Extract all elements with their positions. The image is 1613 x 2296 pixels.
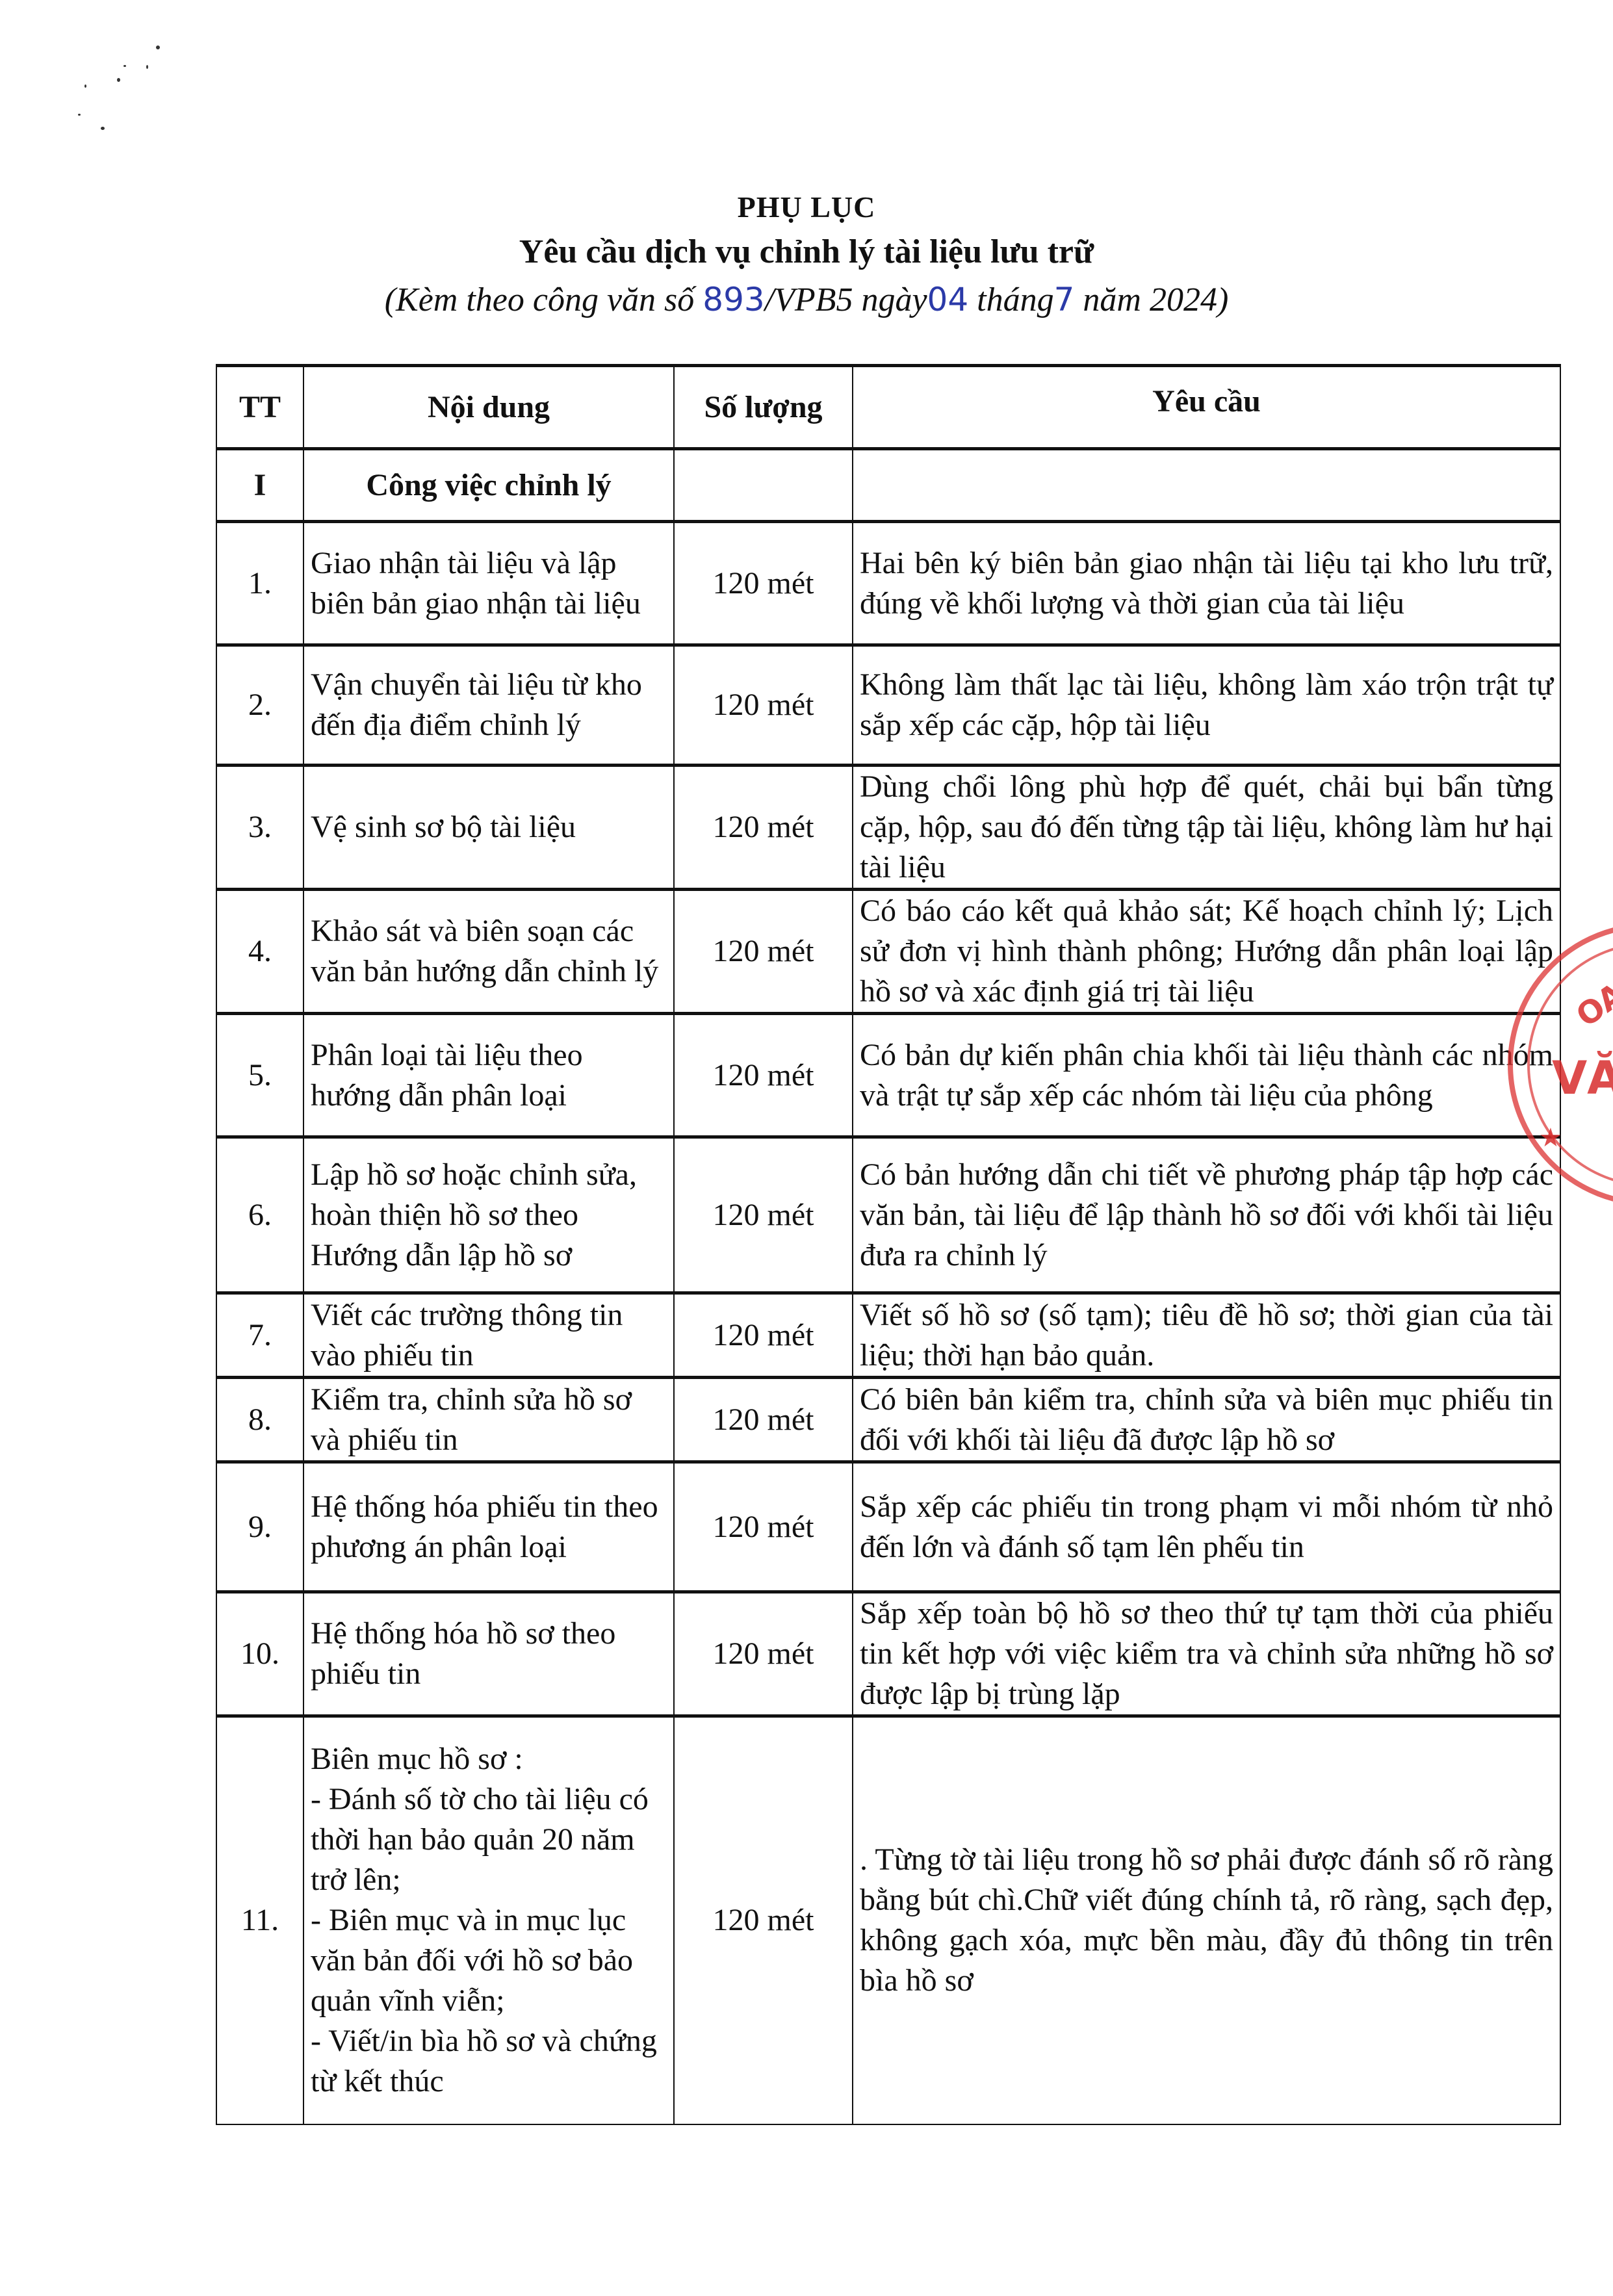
table-row: 11.Biên mục hồ sơ : - Đánh số tờ cho tài… (216, 1716, 1560, 2124)
row-requirement: Dùng chổi lông phù hợp để quét, chải bụi… (853, 766, 1560, 890)
table-row: 4.Khảo sát và biên soạn các văn bản hướn… (216, 890, 1560, 1014)
row-requirement: . Từng tờ tài liệu trong hồ sơ phải được… (853, 1716, 1560, 2124)
row-quantity: 120 mét (674, 1592, 853, 1716)
row-content: Viết các trường thông tin vào phiếu tin (303, 1293, 674, 1378)
scan-specks (84, 39, 214, 143)
header-requirement: Yêu cầu (853, 366, 1560, 449)
table-row: 3.Vệ sinh sơ bộ tài liệu120 métDùng chổi… (216, 766, 1560, 890)
row-content: Kiểm tra, chỉnh sửa hồ sơ và phiếu tin (303, 1378, 674, 1462)
row-requirement: Viết số hồ sơ (số tạm); tiêu đề hồ sơ; t… (853, 1293, 1560, 1378)
subtitle-mid1: /VPB5 ngày (765, 281, 927, 318)
row-quantity: 120 mét (674, 1293, 853, 1378)
table-header-row: TT Nội dung Số lượng Yêu cầu (216, 366, 1560, 449)
section-quantity (674, 449, 853, 522)
header-tt: TT (216, 366, 303, 449)
row-tt: 2. (216, 645, 303, 766)
row-tt: 1. (216, 522, 303, 645)
table-row: 1.Giao nhận tài liệu và lập biên bản gia… (216, 522, 1560, 645)
row-content: Phân loại tài liệu theo hướng dẫn phân l… (303, 1014, 674, 1137)
row-quantity: 120 mét (674, 645, 853, 766)
row-quantity: 120 mét (674, 1137, 853, 1293)
row-tt: 11. (216, 1716, 303, 2124)
handwritten-month: 7 (1054, 281, 1075, 318)
row-tt: 4. (216, 890, 303, 1014)
row-quantity: 120 mét (674, 766, 853, 890)
row-quantity: 120 mét (674, 890, 853, 1014)
subtitle-suffix: năm 2024) (1074, 281, 1228, 318)
document-subtitle: (Kèm theo công văn số 893/VPB5 ngày04 th… (0, 281, 1613, 319)
row-tt: 10. (216, 1592, 303, 1716)
table-row: 2.Vận chuyển tài liệu từ kho đến địa điể… (216, 645, 1560, 766)
row-requirement: Sắp xếp các phiếu tin trong phạm vi mỗi … (853, 1462, 1560, 1592)
row-quantity: 120 mét (674, 1378, 853, 1462)
row-requirement: Có biên bản kiểm tra, chỉnh sửa và biên … (853, 1378, 1560, 1462)
stamp-text-top: OA X. (1569, 949, 1613, 1034)
table-row: 6.Lập hồ sơ hoặc chỉnh sửa, hoàn thiện h… (216, 1137, 1560, 1293)
section-row: I Công việc chỉnh lý (216, 449, 1560, 522)
row-quantity: 120 mét (674, 1014, 853, 1137)
section-requirement (853, 449, 1560, 522)
handwritten-doc-number: 893 (703, 281, 764, 318)
table-row: 9.Hệ thống hóa phiếu tin theo phương án … (216, 1462, 1560, 1592)
row-tt: 5. (216, 1014, 303, 1137)
row-content: Hệ thống hóa phiếu tin theo phương án ph… (303, 1462, 674, 1592)
stamp-text-middle: VĂN (1552, 1051, 1613, 1105)
row-content: Vệ sinh sơ bộ tài liệu (303, 766, 674, 890)
subtitle-prefix: (Kèm theo công văn số (385, 281, 703, 318)
row-content: Biên mục hồ sơ : - Đánh số tờ cho tài li… (303, 1716, 674, 2124)
row-content: Vận chuyển tài liệu từ kho đến địa điểm … (303, 645, 674, 766)
row-requirement: Hai bên ký biên bản giao nhận tài liệu t… (853, 522, 1560, 645)
header-content: Nội dung (303, 366, 674, 449)
requirements-table: TT Nội dung Số lượng Yêu cầu I Công việc… (216, 364, 1561, 2125)
handwritten-day: 04 (927, 281, 969, 318)
subtitle-mid2: tháng (968, 281, 1053, 318)
row-tt: 9. (216, 1462, 303, 1592)
row-content: Hệ thống hóa hồ sơ theo phiếu tin (303, 1592, 674, 1716)
table-row: 5.Phân loại tài liệu theo hướng dẫn phân… (216, 1014, 1560, 1137)
row-content: Lập hồ sơ hoặc chỉnh sửa, hoàn thiện hồ … (303, 1137, 674, 1293)
row-requirement: Có bản dự kiến phân chia khối tài liệu t… (853, 1014, 1560, 1137)
row-quantity: 120 mét (674, 1716, 853, 2124)
table-row: 8.Kiểm tra, chỉnh sửa hồ sơ và phiếu tin… (216, 1378, 1560, 1462)
row-requirement: Có bản hướng dẫn chi tiết về phương pháp… (853, 1137, 1560, 1293)
appendix-heading: PHỤ LỤC (0, 190, 1613, 224)
document-title: Yêu cầu dịch vụ chỉnh lý tài liệu lưu tr… (0, 233, 1613, 271)
row-quantity: 120 mét (674, 522, 853, 645)
row-tt: 6. (216, 1137, 303, 1293)
table-row: 7.Viết các trường thông tin vào phiếu ti… (216, 1293, 1560, 1378)
row-quantity: 120 mét (674, 1462, 853, 1592)
header-quantity: Số lượng (674, 366, 853, 449)
table-row: 10.Hệ thống hóa hồ sơ theo phiếu tin120 … (216, 1592, 1560, 1716)
section-label: Công việc chỉnh lý (303, 449, 674, 522)
row-requirement: Có báo cáo kết quả khảo sát; Kế hoạch ch… (853, 890, 1560, 1014)
row-requirement: Sắp xếp toàn bộ hồ sơ theo thứ tự tạm th… (853, 1592, 1560, 1716)
row-content: Khảo sát và biên soạn các văn bản hướng … (303, 890, 674, 1014)
section-tt: I (216, 449, 303, 522)
row-tt: 3. (216, 766, 303, 890)
row-requirement: Không làm thất lạc tài liệu, không làm x… (853, 645, 1560, 766)
row-tt: 8. (216, 1378, 303, 1462)
row-content: Giao nhận tài liệu và lập biên bản giao … (303, 522, 674, 645)
row-tt: 7. (216, 1293, 303, 1378)
